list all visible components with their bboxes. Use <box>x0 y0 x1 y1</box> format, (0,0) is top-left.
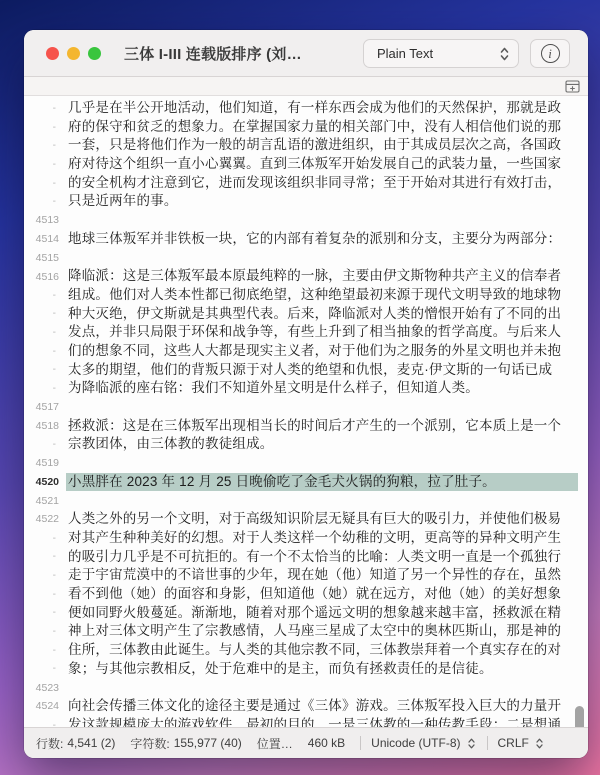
editor-row: -象；与其他宗教相反，处于危难中的是主，而负有拯救责任的是信徒。 <box>24 660 588 679</box>
wrap-marker: - <box>24 140 66 151</box>
editor-row: -宗教团体，由三体教的教徒组成。 <box>24 435 588 454</box>
editor-row: -的安全机构才注意到它，进而发现该组织非同寻常；至于开始对其进行有效打击， <box>24 174 588 193</box>
editor-row: 4524向社会传播三体文化的途径主要是通过《三体》游戏。三体叛军投入巨大的力量开 <box>24 697 588 716</box>
syntax-style-label: Plain Text <box>377 46 500 61</box>
line-text[interactable]: 一套，只是将他们作为一般的胡言乱语的激进组织，由于其成员层次之高，各国政 <box>66 136 578 155</box>
line-number: 4524 <box>24 700 66 712</box>
editor-window: 三体 I-III 连载版排序 (刘… Plain Text i -几乎是在半公开… <box>24 30 588 758</box>
editor-row: 4514地球三体叛军并非铁板一块，它的内部有着复杂的派别和分支，主要分为两部分： <box>24 230 588 249</box>
title-bar: 三体 I-III 连载版排序 (刘… Plain Text i <box>24 30 588 77</box>
wrap-marker: - <box>24 159 66 170</box>
line-number: 4522 <box>24 513 66 525</box>
editor-row: 4518拯救派：这是在三体叛军出现相当长的时间后才产生的一个派别，它本质上是一个 <box>24 417 588 436</box>
line-text[interactable]: 住所，三体教由此诞生。与人类的其他宗教不同，三体教崇拜着一个真实存在的对 <box>66 641 578 660</box>
traffic-lights <box>46 30 101 76</box>
syntax-style-popup[interactable]: Plain Text <box>363 39 519 68</box>
text-editor-area[interactable]: -几乎是在半公开地活动，他们知道，有一样东西会成为他们的天然保护，那就是政-府的… <box>24 96 588 727</box>
encoding-value: Unicode (UTF-8) <box>371 736 460 750</box>
line-text[interactable]: 太多的期望，他们的背叛只源于对人类的绝望和仇恨，麦克·伊文斯的一句话已成 <box>66 361 578 380</box>
editor-row: -发这款规模庞大的游戏软件，最初的目的，一是三体教的一种传教手段；二是想通 <box>24 716 588 727</box>
line-text[interactable]: 对其产生种种美好的幻想。对于人类这样一个幼稚的文明，更高等的异种文明产生 <box>66 529 578 548</box>
wrap-marker: - <box>24 570 66 581</box>
wrap-marker: - <box>24 308 66 319</box>
line-number: 4518 <box>24 420 66 432</box>
updown-chevron-icon <box>500 47 509 61</box>
wrap-marker: - <box>24 551 66 562</box>
editor-row: 4522人类之外的另一个文明，对于高级知识阶层无疑具有巨大的吸引力，并使他们极易 <box>24 510 588 529</box>
wrap-marker: - <box>24 589 66 600</box>
line-number: 4517 <box>24 401 66 413</box>
editor-rows: -几乎是在半公开地活动，他们知道，有一样东西会成为他们的天然保护，那就是政-府的… <box>24 99 588 727</box>
status-bar: 行数: 4,541 (2) 字符数: 155,977 (40) 位置… 460 … <box>24 727 588 758</box>
line-text[interactable]: 宗教团体，由三体教的教徒组成。 <box>66 435 578 454</box>
line-text[interactable]: 组成。他们对人类本性都已彻底绝望，这种绝望最初来源于现代文明导致的地球物 <box>66 286 578 305</box>
line-number: 4523 <box>24 682 66 694</box>
position-label: 位置… <box>257 735 293 752</box>
line-text[interactable]: 种大灭绝，伊文斯就是其典型代表。后来，降临派对人类的憎恨开始有了不同的出 <box>66 305 578 324</box>
line-ending-popup[interactable]: CRLF <box>498 736 543 750</box>
editor-row: -为降临派的座右铭：我们不知道外星文明是什么样子，但知道人类。 <box>24 379 588 398</box>
wrap-marker: - <box>24 327 66 338</box>
line-ending-value: CRLF <box>498 736 529 750</box>
wrap-marker: - <box>24 720 66 727</box>
editor-row: 4515 <box>24 249 588 268</box>
document-inspector-button[interactable]: i <box>530 39 570 68</box>
close-button[interactable] <box>46 47 59 60</box>
wrap-marker: - <box>24 122 66 133</box>
divider <box>487 736 488 750</box>
wrap-marker: - <box>24 178 66 189</box>
line-text[interactable]: 府的保守和贫乏的想象力。在掌握国家力量的相关部门中，没有人相信他们说的那 <box>66 118 578 137</box>
editor-row: -神上对三体文明产生了宗教感情，人马座三星成了太空中的奥林匹斯山，那是神的 <box>24 622 588 641</box>
line-text[interactable]: 府对待这个组织一直小心翼翼。直到三体叛军开始发展自己的武装力量，一些国家 <box>66 155 578 174</box>
wrap-marker: - <box>24 533 66 544</box>
divider <box>360 736 361 750</box>
line-number: 4514 <box>24 233 66 245</box>
line-text[interactable]: 向社会传播三体文化的途径主要是通过《三体》游戏。三体叛军投入巨大的力量开 <box>66 697 578 716</box>
editor-row: -看不到他（她）的面容和身影，但知道他（她）就在远方，对他（她）的美好想象 <box>24 585 588 604</box>
editor-row: -府的保守和贫乏的想象力。在掌握国家力量的相关部门中，没有人相信他们说的那 <box>24 118 588 137</box>
wrap-marker: - <box>24 607 66 618</box>
line-text[interactable]: 拯救派：这是在三体叛军出现相当长的时间后才产生的一个派别，它本质上是一个 <box>66 417 578 436</box>
updown-chevron-icon <box>468 738 475 749</box>
line-text[interactable]: 便如同野火般蔓延。渐渐地，随着对那个遥远文明的想象越来越丰富，拯救派在精 <box>66 604 578 623</box>
editor-row: 4519 <box>24 454 588 473</box>
editor-row: -一套，只是将他们作为一般的胡言乱语的激进组织，由于其成员层次之高，各国政 <box>24 136 588 155</box>
wrap-marker: - <box>24 439 66 450</box>
editor-row: -组成。他们对人类本性都已彻底绝望，这种绝望最初来源于现代文明导致的地球物 <box>24 286 588 305</box>
line-count-value: 4,541 (2) <box>67 736 115 750</box>
line-number: 4520 <box>24 476 66 488</box>
split-editor-icon[interactable] <box>565 80 580 93</box>
wrap-marker: - <box>24 663 66 674</box>
line-number: 4513 <box>24 214 66 226</box>
editor-row: -府对待这个组织一直小心翼翼。直到三体叛军开始发展自己的武装力量，一些国家 <box>24 155 588 174</box>
line-text[interactable]: 的安全机构才注意到它，进而发现该组织非同寻常；至于开始对其进行有效打击， <box>66 174 578 193</box>
editor-row: -们的想象不同，这些人大都是现实主义者，对于他们为之服务的外星文明也并未抱 <box>24 342 588 361</box>
encoding-popup[interactable]: Unicode (UTF-8) <box>371 736 474 750</box>
editor-row: -太多的期望，他们的背叛只源于对人类的绝望和仇恨，麦克·伊文斯的一句话已成 <box>24 361 588 380</box>
char-count-value: 155,977 (40) <box>174 736 242 750</box>
line-text[interactable]: 们的想象不同，这些人大都是现实主义者，对于他们为之服务的外星文明也并未抱 <box>66 342 578 361</box>
line-text[interactable]: 走于宇宙荒漠中的不谙世事的少年，现在她（他）知道了另一个异性的存在，虽然 <box>66 566 578 585</box>
editor-row: 4516降临派：这是三体叛军最本原最纯粹的一脉，主要由伊文斯物种共产主义的信奉者 <box>24 267 588 286</box>
editor-row: -只是近两年的事。 <box>24 192 588 211</box>
editor-row: -几乎是在半公开地活动，他们知道，有一样东西会成为他们的天然保护，那就是政 <box>24 99 588 118</box>
info-icon: i <box>541 44 560 63</box>
editor-row: 4523 <box>24 678 588 697</box>
wrap-marker: - <box>24 196 66 207</box>
char-count: 字符数: 155,977 (40) <box>130 735 241 752</box>
wrap-marker: - <box>24 290 66 301</box>
line-text[interactable]: 神上对三体文明产生了宗教感情，人马座三星成了太空中的奥林匹斯山，那是神的 <box>66 622 578 641</box>
line-text[interactable]: 为降临派的座右铭：我们不知道外星文明是什么样子，但知道人类。 <box>66 379 578 398</box>
editor-row: -住所，三体教由此诞生。与人类的其他宗教不同，三体教崇拜着一个真实存在的对 <box>24 641 588 660</box>
line-number: 4516 <box>24 271 66 283</box>
line-text[interactable]: 只是近两年的事。 <box>66 192 578 211</box>
wrap-marker: - <box>24 383 66 394</box>
wrap-marker: - <box>24 645 66 656</box>
zoom-button[interactable] <box>88 47 101 60</box>
window-title: 三体 I-III 连载版排序 (刘… <box>124 30 302 76</box>
wrap-marker: - <box>24 103 66 114</box>
line-text[interactable]: 象；与其他宗教相反，处于危难中的是主，而负有拯救责任的是信徒。 <box>66 660 578 679</box>
editor-row: 4517 <box>24 398 588 417</box>
editor-row: 4520小黑胖在 2023 年 12 月 25 日晚偷吃了金毛犬火锅的狗粮，拉了… <box>24 473 588 492</box>
editor-row: 4521 <box>24 491 588 510</box>
wrap-marker: - <box>24 364 66 375</box>
line-text[interactable]: 地球三体叛军并非铁板一块，它的内部有着复杂的派别和分支，主要分为两部分： <box>66 230 578 249</box>
line-text[interactable]: 发这款规模庞大的游戏软件，最初的目的，一是三体教的一种传教手段；二是想通 <box>66 716 578 727</box>
line-count: 行数: 4,541 (2) <box>36 735 115 752</box>
editor-top-strip <box>24 77 588 96</box>
line-count-label: 行数: <box>36 735 63 752</box>
wrap-marker: - <box>24 346 66 357</box>
editor-row: -种大灭绝，伊文斯就是其典型代表。后来，降临派对人类的憎恨开始有了不同的出 <box>24 305 588 324</box>
char-count-label: 字符数: <box>130 735 169 752</box>
line-text[interactable]: 发点，并非只局限于环保和战争等，有些上升到了相当抽象的哲学高度。与后来人 <box>66 323 578 342</box>
line-text[interactable]: 人类之外的另一个文明，对于高级知识阶层无疑具有巨大的吸引力，并使他们极易 <box>66 510 578 529</box>
line-text[interactable]: 看不到他（她）的面容和身影，但知道他（她）就在远方，对他（她）的美好想象 <box>66 585 578 604</box>
editor-row: -的吸引力几乎是不可抗拒的。有一个不太恰当的比喻：人类文明一直是一个孤独行 <box>24 548 588 567</box>
line-number: 4519 <box>24 457 66 469</box>
highlighted-line-text[interactable]: 小黑胖在 2023 年 12 月 25 日晚偷吃了金毛犬火锅的狗粮，拉了肚子。 <box>66 473 578 492</box>
editor-row: 4513 <box>24 211 588 230</box>
minimize-button[interactable] <box>67 47 80 60</box>
line-number: 4521 <box>24 495 66 507</box>
editor-row: -发点，并非只局限于环保和战争等，有些上升到了相当抽象的哲学高度。与后来人 <box>24 323 588 342</box>
line-text[interactable]: 的吸引力几乎是不可抗拒的。有一个不太恰当的比喻：人类文明一直是一个孤独行 <box>66 548 578 567</box>
editor-row: -便如同野火般蔓延。渐渐地，随着对那个遥远文明的想象越来越丰富，拯救派在精 <box>24 604 588 623</box>
editor-row: -走于宇宙荒漠中的不谙世事的少年，现在她（他）知道了另一个异性的存在，虽然 <box>24 566 588 585</box>
file-size: 460 kB <box>308 736 345 750</box>
editor-row: -对其产生种种美好的幻想。对于人类这样一个幼稚的文明，更高等的异种文明产生 <box>24 529 588 548</box>
line-text[interactable]: 降临派：这是三体叛军最本原最纯粹的一脉，主要由伊文斯物种共产主义的信奉者 <box>66 267 578 286</box>
line-number: 4515 <box>24 252 66 264</box>
updown-chevron-icon <box>536 738 543 749</box>
line-text[interactable]: 几乎是在半公开地活动，他们知道，有一样东西会成为他们的天然保护，那就是政 <box>66 99 578 118</box>
wrap-marker: - <box>24 626 66 637</box>
vertical-scrollbar-thumb[interactable] <box>575 706 584 727</box>
